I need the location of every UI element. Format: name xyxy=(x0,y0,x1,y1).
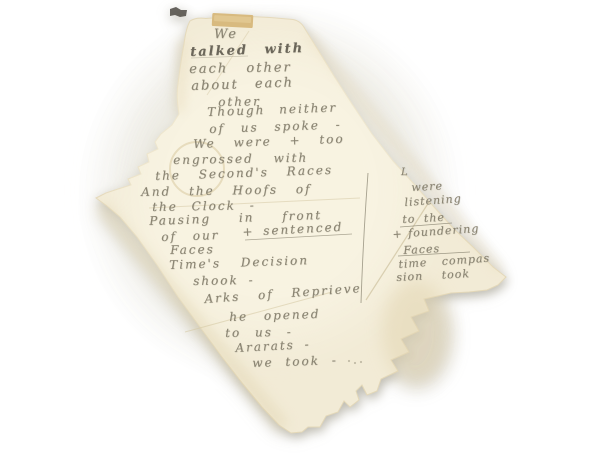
left-lobe-edge-shading xyxy=(180,40,183,112)
paper-fragment xyxy=(0,0,600,463)
paper-highlight xyxy=(120,40,420,340)
tape-residue xyxy=(212,13,254,28)
pencil-smudge-mark xyxy=(170,7,187,17)
right-flap-shading xyxy=(382,280,450,384)
manuscript-photo: Wetalked witheach otherabout eachotherTh… xyxy=(0,0,600,463)
